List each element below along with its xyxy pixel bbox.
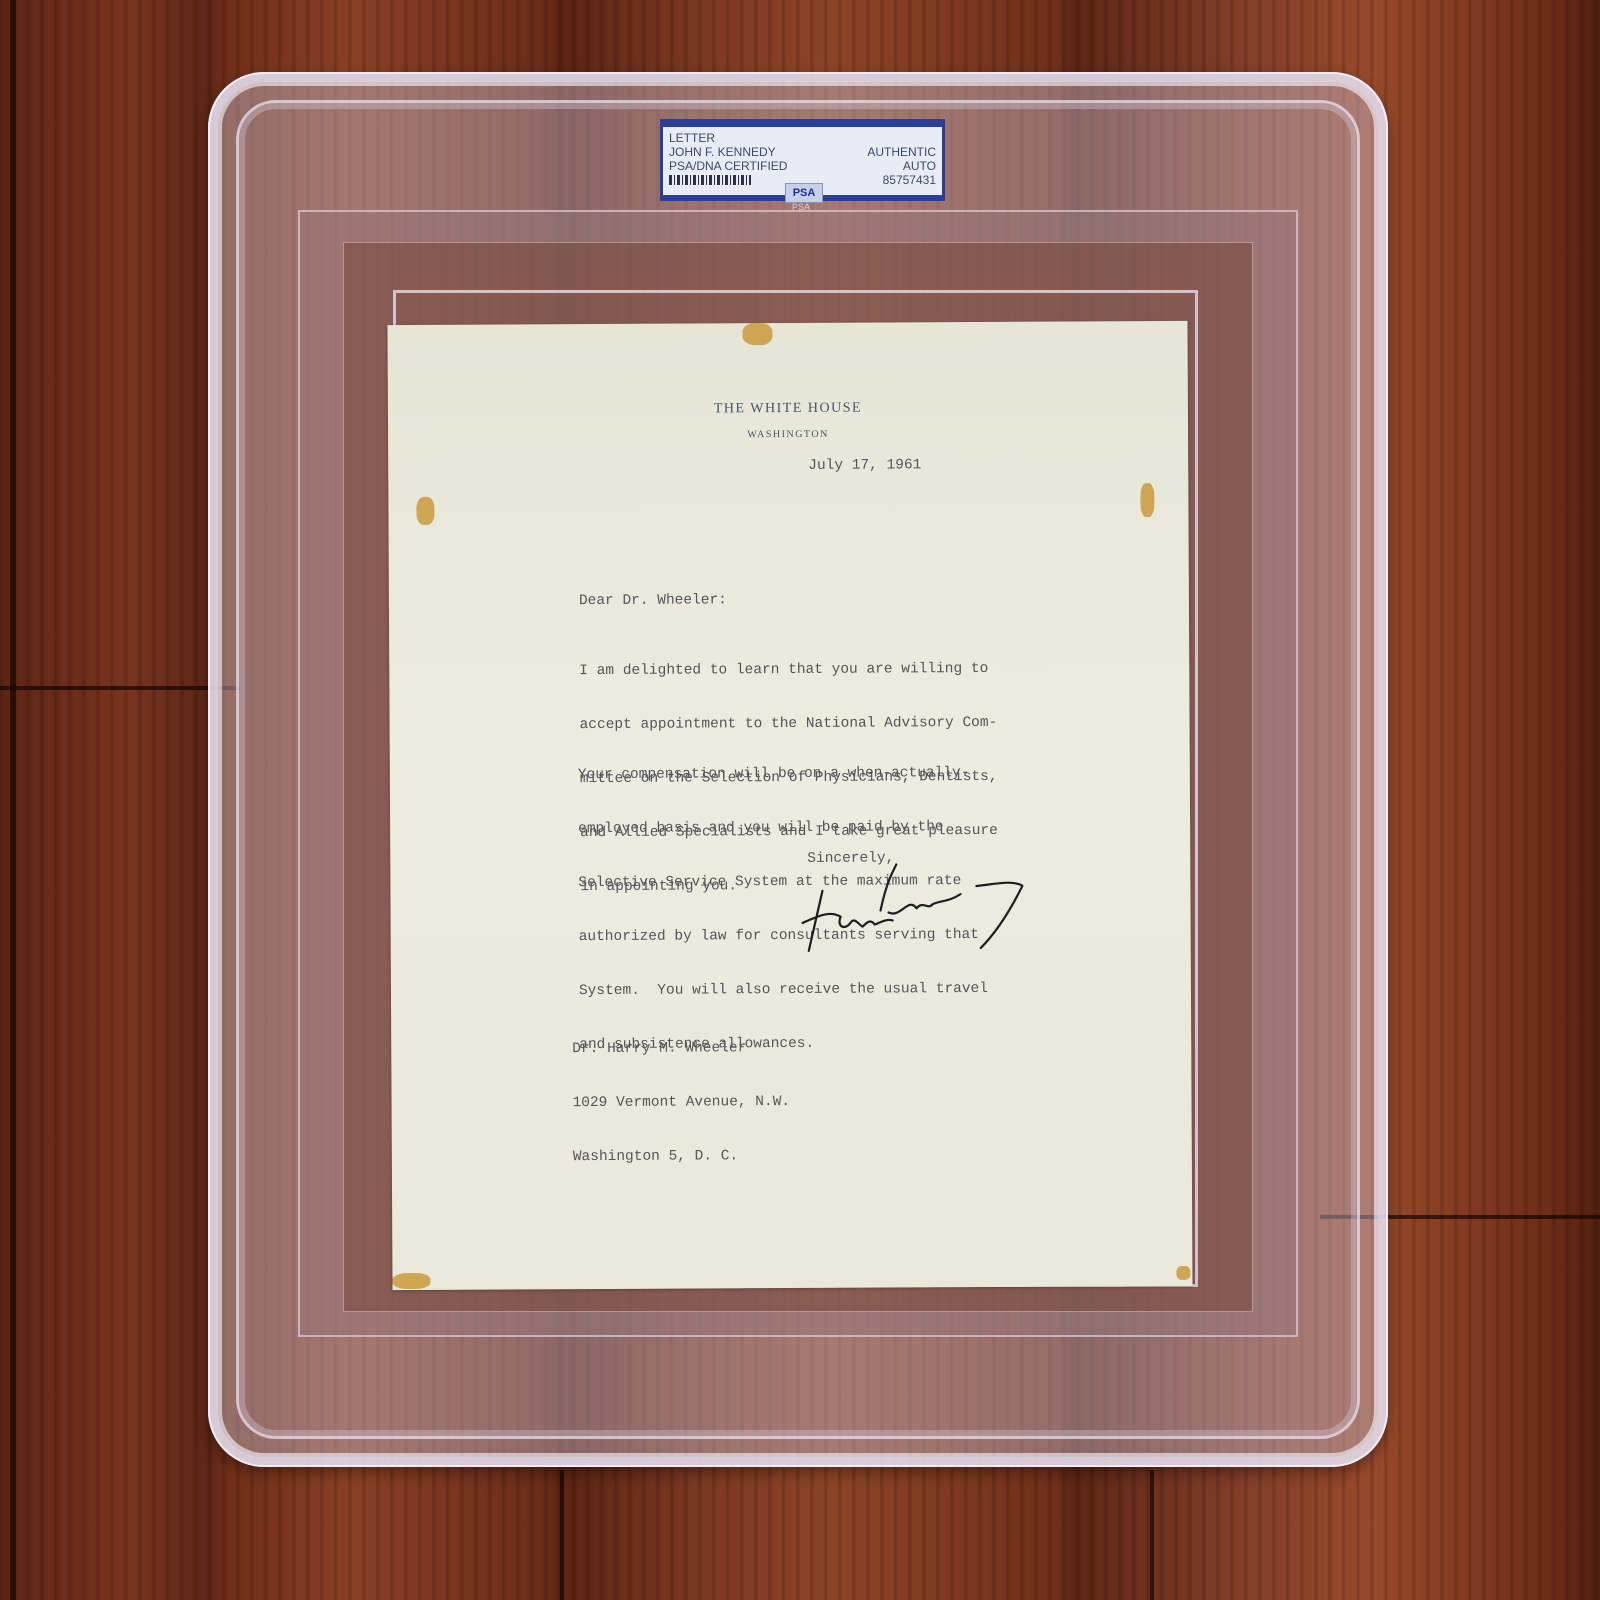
letterhead-title: THE WHITE HOUSE — [388, 399, 1188, 419]
address-line: 1029 Vermont Avenue, N.W. — [573, 1093, 791, 1112]
hologram-icon: PSA — [790, 202, 812, 214]
tape-stain — [1176, 1266, 1190, 1280]
text-line: employed basis and you will be paid by t… — [578, 818, 987, 838]
floor-seam — [1150, 1470, 1154, 1600]
tape-stain — [416, 497, 434, 525]
floor-seam — [560, 1470, 564, 1600]
text-line: I am delighted to learn that you are wil… — [579, 660, 997, 680]
label-right-block: AUTHENTIC AUTO 85757431 — [867, 145, 936, 187]
floor-seam — [10, 0, 16, 1600]
letterhead-city: WASHINGTON — [388, 427, 1188, 442]
recipient-address: Dr. Harry M. Wheeler 1029 Vermont Avenue… — [572, 1003, 791, 1202]
address-line: Washington 5, D. C. — [573, 1147, 791, 1166]
floor-seam — [0, 686, 240, 690]
tape-stain — [392, 1273, 430, 1289]
barcode-icon — [669, 175, 751, 185]
label-cert-number: 85757431 — [867, 173, 936, 187]
letter-date: July 17, 1961 — [808, 456, 921, 475]
letter-salutation: Dear Dr. Wheeler: — [579, 591, 727, 610]
label-item-type: LETTER — [669, 131, 787, 145]
certification-label: LETTER JOHN F. KENNEDY PSA/DNA CERTIFIED… — [660, 119, 945, 201]
tape-stain — [1140, 483, 1154, 517]
psa-logo-icon: PSA — [785, 183, 823, 203]
label-left-block: LETTER JOHN F. KENNEDY PSA/DNA CERTIFIED — [669, 131, 787, 185]
label-subject: JOHN F. KENNEDY — [669, 145, 787, 159]
label-grade: AUTHENTIC — [867, 145, 936, 159]
text-line: Your compensation will be on a when-actu… — [578, 764, 987, 784]
label-certifier: PSA/DNA CERTIFIED — [669, 159, 787, 173]
label-auto: AUTO — [867, 159, 936, 173]
tape-stain — [742, 323, 772, 345]
letter-document: THE WHITE HOUSE WASHINGTON July 17, 1961… — [387, 321, 1192, 1290]
address-line: Dr. Harry M. Wheeler — [572, 1039, 790, 1058]
text-line: System. You will also receive the usual … — [579, 980, 988, 1000]
signature-icon — [800, 852, 1031, 963]
